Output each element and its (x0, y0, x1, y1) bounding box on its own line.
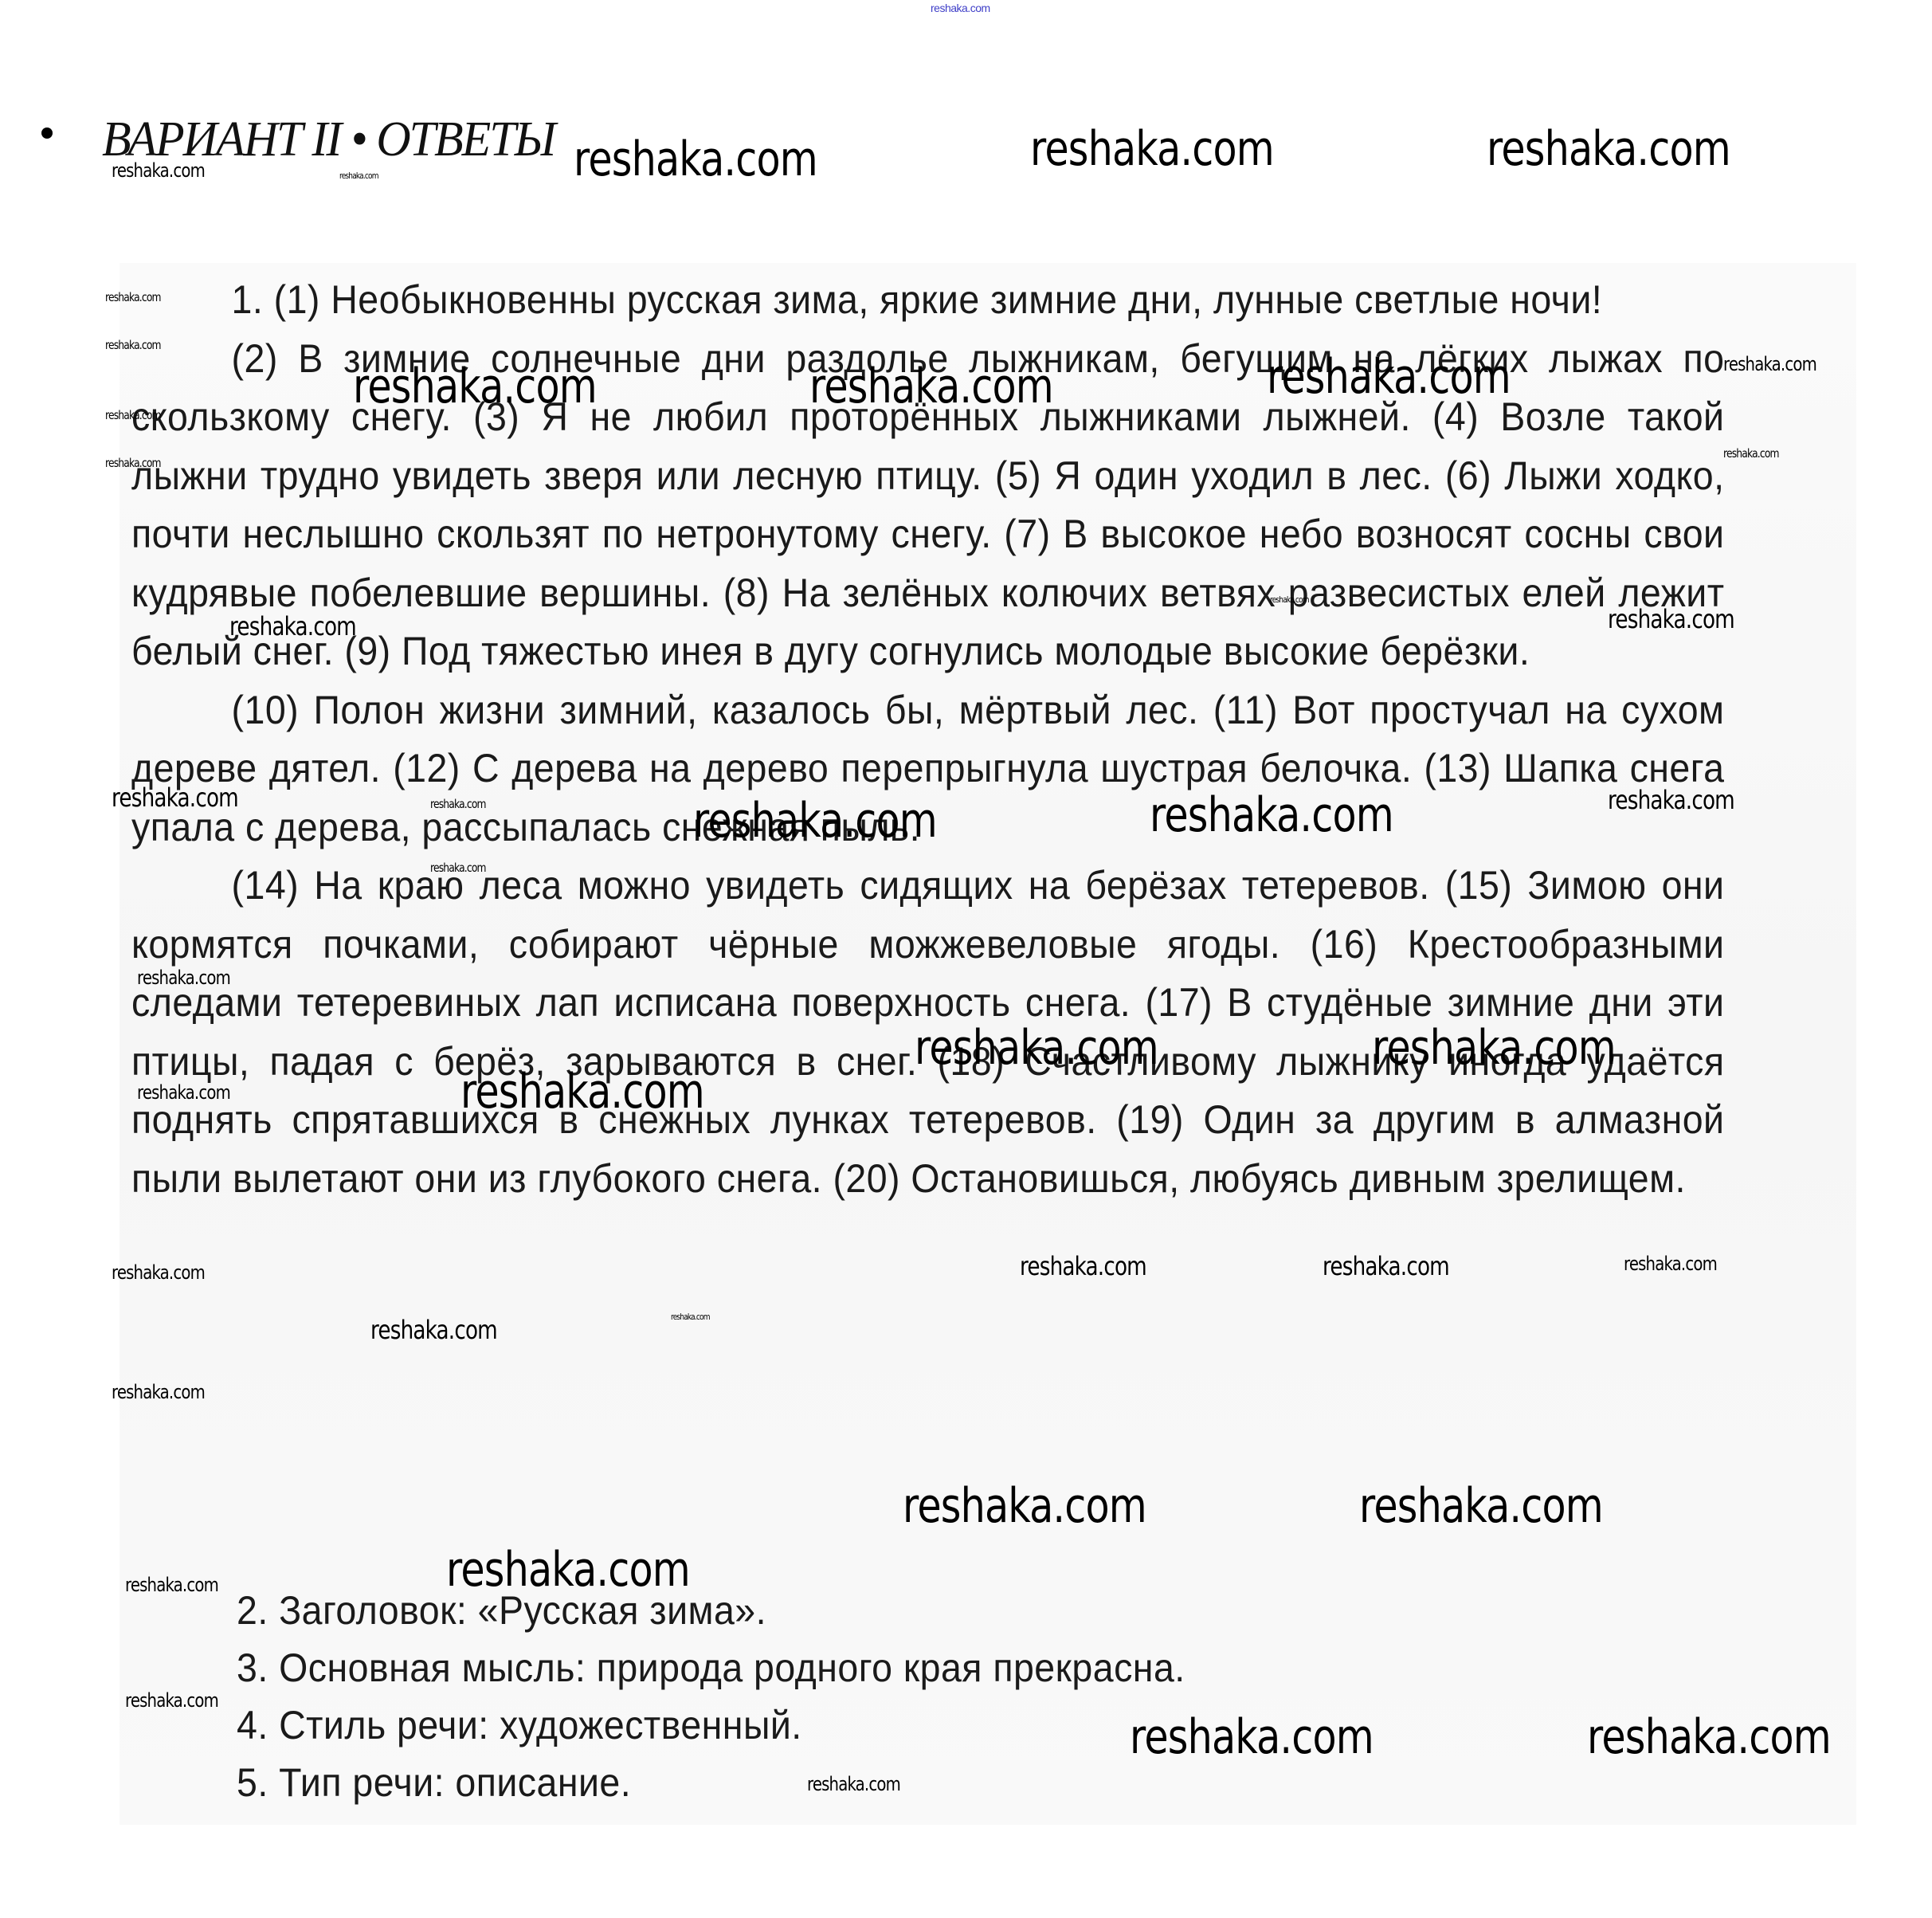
answer-speech-style: 4. Стиль речи: художественный. (237, 1696, 1185, 1754)
answer-main-idea: 3. Основная мысль: природа родного края … (237, 1639, 1185, 1696)
watermark: reshaka.com (1270, 594, 1309, 605)
watermark: reshaka.com (430, 797, 486, 811)
watermark: reshaka.com (137, 1081, 230, 1104)
answer-title: 2. Заголовок: «Русская зима». (237, 1582, 1185, 1639)
watermark: reshaka.com (1587, 1709, 1831, 1765)
watermark: reshaka.com (370, 1315, 497, 1345)
watermark: reshaka.com (1359, 1478, 1603, 1534)
watermark: reshaka.com (105, 408, 161, 422)
watermark: reshaka.com (137, 967, 230, 989)
watermark: reshaka.com (1267, 349, 1511, 405)
watermark: reshaka.com (1130, 1709, 1374, 1765)
watermark: reshaka.com (460, 1064, 704, 1120)
watermark: reshaka.com (1323, 1251, 1449, 1281)
answer-speech-type: 5. Тип речи: описание. (237, 1754, 1185, 1811)
watermark: reshaka.com (807, 1773, 900, 1795)
watermark: reshaka.com (112, 782, 238, 813)
watermark: reshaka.com (105, 456, 161, 470)
watermark: reshaka.com (1150, 787, 1393, 843)
watermark: reshaka.com (1608, 785, 1734, 815)
watermark: reshaka.com (339, 171, 378, 181)
paragraph-1: 1. (1) Необыкновенны русская зима, яркие… (131, 271, 1725, 330)
bullet-icon (41, 127, 53, 139)
watermark: reshaka.com (574, 131, 817, 187)
watermark: reshaka.com (105, 338, 161, 352)
watermark: reshaka.com (915, 1020, 1158, 1076)
watermark: reshaka.com (430, 861, 486, 875)
watermark: reshaka.com (1608, 604, 1734, 634)
watermark: reshaka.com (1487, 121, 1730, 177)
answers-summary: 2. Заголовок: «Русская зима». 3. Основна… (237, 1582, 1185, 1811)
watermark: reshaka.com (112, 1261, 205, 1284)
watermark: reshaka.com (1372, 1020, 1616, 1076)
watermark: reshaka.com (1020, 1251, 1146, 1281)
watermark: reshaka.com (353, 359, 597, 414)
watermark: reshaka.com (125, 1574, 218, 1596)
watermark: reshaka.com (903, 1478, 1146, 1534)
watermark: reshaka.com (1723, 353, 1816, 375)
watermark: reshaka.com (229, 611, 356, 641)
watermark: reshaka.com (809, 359, 1053, 414)
watermark: reshaka.com (1030, 121, 1274, 177)
watermark: reshaka.com (693, 793, 937, 849)
watermark: reshaka.com (112, 1381, 205, 1403)
watermark: reshaka.com (1723, 446, 1779, 461)
watermark: reshaka.com (105, 290, 161, 304)
watermark: reshaka.com (671, 1312, 710, 1322)
watermark: reshaka.com (125, 1689, 218, 1712)
watermark: reshaka.com (1624, 1253, 1717, 1275)
watermark: reshaka.com (446, 1542, 690, 1598)
watermark: reshaka.com (112, 159, 205, 182)
site-link[interactable]: reshaka.com (931, 2, 990, 14)
